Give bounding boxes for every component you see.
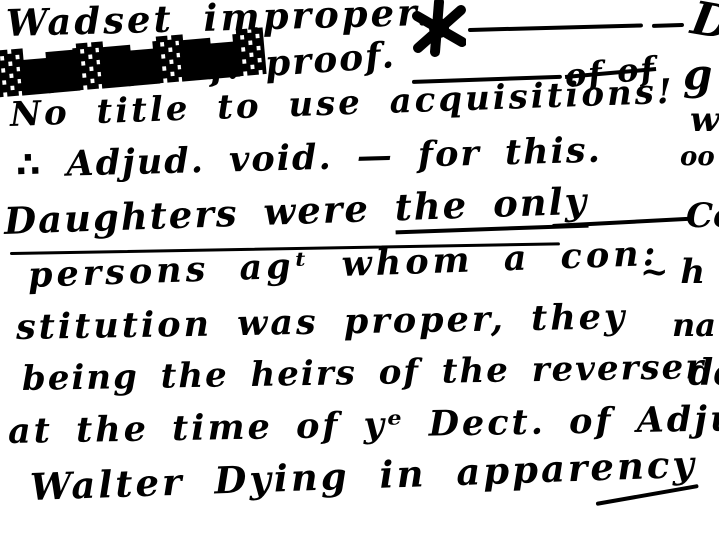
line-8-text: being the heirs of the reverser bbox=[22, 347, 706, 399]
margin-fragment: na bbox=[672, 306, 716, 344]
margin-fragment-text: Co bbox=[686, 196, 719, 236]
margin-fragment-text: oo bbox=[680, 142, 715, 172]
line-4-text: ∴ Adjud. void. — for this. bbox=[15, 130, 602, 186]
margin-fragment-text: na bbox=[672, 306, 716, 344]
margin-fragment: D bbox=[687, 0, 719, 51]
dash-stroke bbox=[468, 23, 643, 32]
margin-fragment: g bbox=[683, 50, 712, 99]
margin-fragment-text: D bbox=[687, 0, 719, 51]
margin-fragment-text: w bbox=[690, 100, 719, 140]
handwritten-line-4: ∴ Adjud. void. — for this. bbox=[15, 131, 602, 187]
line-5-text: Daughters were bbox=[3, 185, 395, 243]
margin-fragment: w bbox=[690, 100, 719, 140]
handwritten-line-10: Walter Dying in apparency bbox=[29, 443, 697, 509]
line-7-text: stitution was proper, they bbox=[16, 296, 628, 348]
handwritten-line-8: being the heirs of the reverser bbox=[22, 348, 706, 399]
margin-fragment-text: g bbox=[683, 50, 712, 99]
margin-fragment: de bbox=[688, 352, 719, 394]
margin-fragment-text: de bbox=[688, 352, 719, 394]
margin-fragment: Co bbox=[686, 196, 719, 236]
line-6-text: persons agᵗ whom a con: bbox=[27, 233, 660, 296]
handwritten-line-5: Daughters were the only bbox=[3, 180, 589, 243]
margin-fragment: ~ h bbox=[640, 252, 705, 292]
dash-stroke bbox=[652, 23, 684, 28]
margin-fragment-text: ~ h bbox=[640, 252, 705, 292]
margin-fragment: oo bbox=[680, 142, 715, 172]
flourish-star-icon bbox=[412, 0, 466, 58]
manuscript-page: Wadset improper. D ▓▆▇▓▇▆▓▇▆▓ f. proof. … bbox=[0, 0, 719, 546]
handwritten-line-6: persons agᵗ whom a con: bbox=[27, 234, 660, 296]
handwritten-line-7: stitution was proper, they bbox=[16, 297, 628, 348]
line-10-text: Walter Dying in apparency bbox=[29, 442, 697, 509]
